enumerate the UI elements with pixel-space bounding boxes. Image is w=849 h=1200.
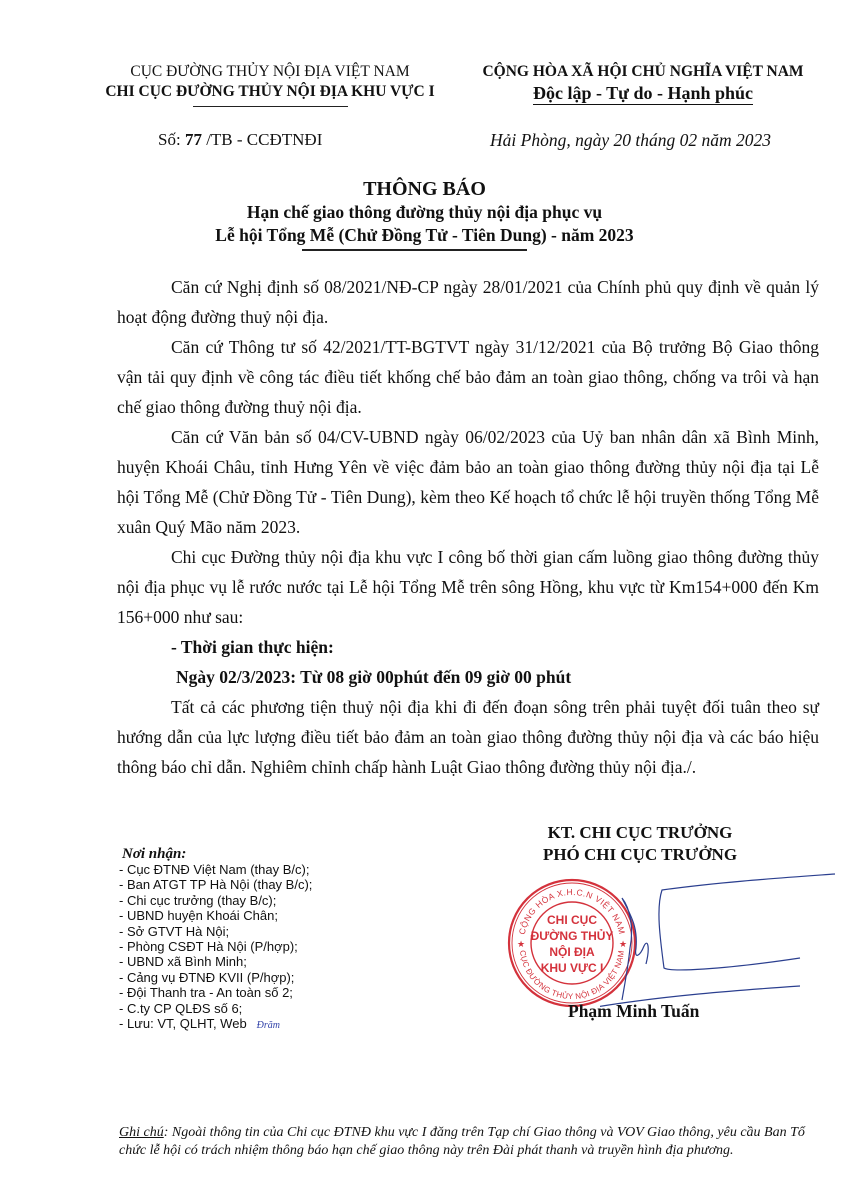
svg-text:CHI CỤC: CHI CỤC	[547, 913, 597, 927]
parent-agency: CỤC ĐƯỜNG THỦY NỘI ĐỊA VIỆT NAM	[80, 62, 460, 82]
national-header-block: CỘNG HÒA XÃ HỘI CHỦ NGHĨA VIỆT NAM Độc l…	[448, 62, 838, 105]
footnote-label: Ghi chú	[119, 1125, 164, 1140]
recipient-item: - Chi cục trưởng (thay B/c);	[119, 893, 419, 908]
recipients-list: Nơi nhận: - Cục ĐTNĐ Việt Nam (thay B/c)…	[119, 846, 419, 1033]
legal-basis-2: Căn cứ Thông tư số 42/2021/TT-BGTVT ngày…	[117, 332, 819, 422]
title-line-2: Lễ hội Tổng Mễ (Chử Đồng Tử - Tiên Dung)…	[0, 224, 849, 247]
doc-number-suffix: /TB - CCĐTNĐI	[202, 130, 322, 149]
document-number: Số: 77 /TB - CCĐTNĐI	[158, 130, 322, 150]
agency-underline	[193, 106, 348, 107]
recipient-item: - UBND xã Bình Minh;	[119, 954, 419, 969]
document-body: Căn cứ Nghị định số 08/2021/NĐ-CP ngày 2…	[117, 272, 819, 782]
footnote: Ghi chú: Ngoài thông tin của Chi cục ĐTN…	[119, 1124, 829, 1160]
recipient-item: - UBND huyện Khoái Chân;	[119, 908, 419, 923]
signature-title-1: KT. CHI CỤC TRƯỞNG	[490, 822, 790, 844]
country-name: CỘNG HÒA XÃ HỘI CHỦ NGHĨA VIỆT NAM	[448, 62, 838, 82]
recipient-item: - Đội Thanh tra - An toàn số 2;	[119, 985, 419, 1000]
national-motto: Độc lập - Tự do - Hạnh phúc	[533, 82, 753, 105]
drafter-initials: Đrăm	[257, 1020, 280, 1031]
doc-number-value: 77	[185, 130, 202, 149]
signer-name: Phạm Minh Tuấn	[568, 1001, 699, 1022]
issuing-agency: CHI CỤC ĐƯỜNG THỦY NỘI ĐỊA KHU VỰC I	[80, 82, 460, 102]
signature-title-2: PHÓ CHI CỤC TRƯỞNG	[490, 844, 790, 866]
recipients-heading: Nơi nhận:	[122, 846, 419, 862]
recipient-item: - Cục ĐTNĐ Việt Nam (thay B/c);	[119, 862, 419, 877]
title-line-1: Hạn chế giao thông đường thủy nội địa ph…	[0, 201, 849, 224]
document-type: THÔNG BÁO	[0, 177, 849, 201]
legal-basis-3: Căn cứ Văn bản số 04/CV-UBND ngày 06/02/…	[117, 422, 819, 542]
svg-text:★: ★	[517, 939, 525, 949]
signature-title-block: KT. CHI CỤC TRƯỞNG PHÓ CHI CỤC TRƯỞNG	[490, 822, 790, 866]
recipient-item: - Cảng vụ ĐTNĐ KVII (P/hợp);	[119, 970, 419, 985]
instruction-paragraph: Tất cả các phương tiện thuỷ nội địa khi …	[117, 692, 819, 782]
document-title-block: THÔNG BÁO Hạn chế giao thông đường thủy …	[0, 177, 849, 251]
doc-number-prefix: Số:	[158, 130, 185, 149]
issuing-agency-block: CỤC ĐƯỜNG THỦY NỘI ĐỊA VIỆT NAM CHI CỤC …	[80, 62, 460, 107]
recipient-item: - Ban ATGT TP Hà Nội (thay B/c);	[119, 877, 419, 892]
recipient-item: - Sở GTVT Hà Nội;	[119, 924, 419, 939]
place-and-date: Hải Phòng, ngày 20 tháng 02 năm 2023	[490, 130, 771, 151]
footnote-text: : Ngoài thông tin của Chi cục ĐTNĐ khu v…	[119, 1125, 805, 1158]
recipient-item-text: - Lưu: VT, QLHT, Web	[119, 1016, 247, 1031]
time-value: Ngày 02/3/2023: Từ 08 giờ 00phút đến 09 …	[117, 662, 819, 692]
svg-text:NỘI ĐỊA: NỘI ĐỊA	[549, 944, 595, 959]
recipient-item: - Lưu: VT, QLHT, WebĐrăm	[119, 1016, 419, 1033]
recipient-item: - C.ty CP QLĐS số 6;	[119, 1001, 419, 1016]
legal-basis-1: Căn cứ Nghị định số 08/2021/NĐ-CP ngày 2…	[117, 272, 819, 332]
handwritten-signature	[600, 868, 840, 1008]
announcement-paragraph: Chi cục Đường thủy nội địa khu vực I côn…	[117, 542, 819, 632]
svg-text:KHU VỰC I: KHU VỰC I	[541, 961, 604, 975]
title-underline	[302, 249, 527, 251]
time-heading: - Thời gian thực hiện:	[117, 632, 819, 662]
recipient-item: - Phòng CSĐT Hà Nội (P/hợp);	[119, 939, 419, 954]
